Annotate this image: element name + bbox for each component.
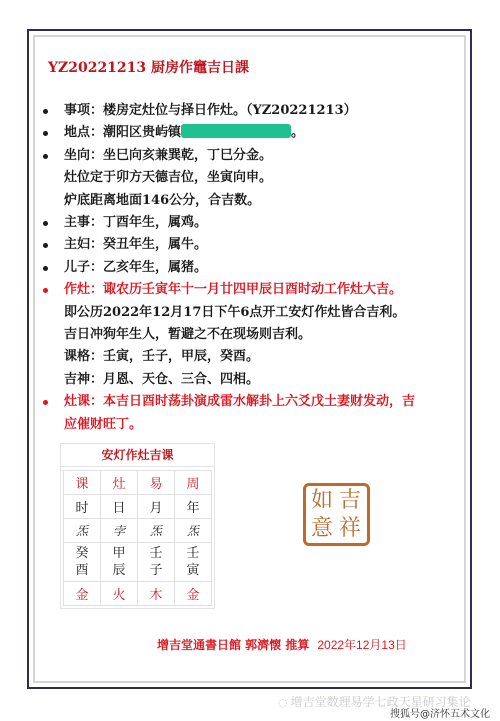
signature-line: 增吉堂通書日館 郭濟懐 推算2022年12月13日: [157, 636, 407, 653]
line-text: 应催财旺丁。: [64, 417, 142, 432]
content-line: 灶位定于卯方天德吉位，坐寅向申。: [37, 167, 457, 189]
table-cell: 火: [101, 582, 138, 606]
branch: 酉: [75, 563, 88, 578]
content-line: 主事：丁酉年生，属鸡。: [37, 212, 457, 234]
table-cell: 金: [175, 582, 212, 606]
line-text: 地点：潮阳区贵屿镇: [64, 125, 181, 140]
line-text: 儿子：乙亥年生，属猪。: [64, 260, 207, 275]
line-text: 坐向：坐巳向亥兼巽乾，丁巳分金。: [64, 148, 272, 163]
seal-char: 意: [311, 516, 333, 542]
content-line: 儿子：乙亥年生，属猪。: [37, 257, 457, 279]
redaction-block: [181, 124, 291, 138]
table-cell: 孛: [101, 519, 138, 543]
table-cell: 壬子: [138, 543, 175, 582]
content-line: 主妇：癸丑年生，属牛。: [37, 234, 457, 256]
stem: 壬: [186, 546, 199, 561]
content-line: 地点：潮阳区贵屿镇。: [37, 122, 457, 144]
stem: 壬: [149, 546, 162, 561]
bullet-icon: [43, 243, 48, 248]
line-text: 主妇：癸丑年生，属牛。: [64, 237, 207, 252]
table-header-cell: 课: [64, 471, 101, 495]
auspicious-table: 安灯作灶吉课 课 灶 易 周 时 日 月 年 炁 孛 炁 炁 癸酉 甲辰 壬子 …: [60, 443, 215, 609]
seal-char: 如: [311, 488, 333, 514]
table-cell: 金: [64, 582, 101, 606]
line-text: 灶课：本吉日酉时荡卦演成雷水解卦上六爻戊土妻财发动，吉: [64, 394, 415, 409]
bullet-icon: [43, 131, 48, 136]
line-text: 灶位定于卯方天德吉位，坐寅向申。: [64, 170, 272, 185]
content-line: 课格：壬寅，壬子，甲辰，癸酉。: [37, 346, 457, 368]
seal-char: 吉: [339, 488, 361, 514]
table-row-symbols: 炁 孛 炁 炁: [64, 519, 212, 543]
table-cell: 癸酉: [64, 543, 101, 582]
bullet-icon: [43, 109, 48, 114]
document-content: 事项：楼房定灶位与择日作灶。（YZ20221213）地点：潮阳区贵屿镇。坐向：坐…: [37, 100, 457, 436]
line-text: 炉底距离地面146公分，合吉数。: [64, 193, 260, 208]
signature: 增吉堂通書日館 郭濟懐 推算: [157, 638, 309, 652]
source-credit: 搜狐号@济怀五术文化: [390, 705, 490, 720]
table-cell: 甲辰: [101, 543, 138, 582]
content-line: 坐向：坐巳向亥兼巽乾，丁巳分金。: [37, 145, 457, 167]
content-line: 吉日冲狗年生人，暂避之不在现场则吉利。: [37, 324, 457, 346]
content-line: 吉神：月恩、天仓、三合、四相。: [37, 369, 457, 391]
stem: 癸: [75, 546, 88, 561]
table-row-ganzhi: 癸酉 甲辰 壬子 壬寅: [64, 543, 212, 582]
stem: 甲: [112, 546, 125, 561]
table-cell: 炁: [138, 519, 175, 543]
table-header-cell: 易: [138, 471, 175, 495]
content-line: 应催财旺丁。: [37, 414, 457, 436]
content-line: 炉底距离地面146公分，合吉数。: [37, 190, 457, 212]
table-cell: 炁: [175, 519, 212, 543]
line-text: 作灶：诹农历壬寅年十一月廿四甲辰日酉时动工作灶大吉。: [64, 282, 402, 297]
document-title: YZ20221213 厨房作竈吉日課: [48, 57, 249, 77]
bullet-icon: [43, 221, 48, 226]
line-text: 主事：丁酉年生，属鸡。: [64, 215, 207, 230]
table-cell: 时: [64, 495, 101, 519]
table-cell: 木: [138, 582, 175, 606]
line-text: 课格：壬寅，壬子，甲辰，癸酉。: [64, 349, 259, 364]
table-cell: 日: [101, 495, 138, 519]
seal-stamp: 吉 祥 如 意: [303, 483, 370, 546]
bullet-icon: [43, 154, 48, 159]
bullet-icon: [43, 400, 48, 405]
table-row-pillars: 时 日 月 年: [64, 495, 212, 519]
line-text: 吉日冲狗年生人，暂避之不在现场则吉利。: [64, 327, 311, 342]
branch: 寅: [186, 563, 199, 578]
wechat-icon: ◌: [278, 696, 288, 709]
branch: 子: [149, 563, 162, 578]
line-text-after: 。: [291, 125, 304, 140]
table-cell: 壬寅: [175, 543, 212, 582]
line-text: 即公历2022年12月17日下午6点开工安灯作灶皆合吉利。: [64, 305, 405, 320]
table-title: 安灯作灶吉课: [61, 444, 214, 467]
content-line: 灶课：本吉日酉时荡卦演成雷水解卦上六爻戊土妻财发动，吉: [37, 391, 457, 413]
table-row-elements: 金 火 木 金: [64, 582, 212, 606]
seal-char: 祥: [339, 516, 361, 542]
table-cell: 炁: [64, 519, 101, 543]
bullet-icon: [43, 288, 48, 293]
content-line: 事项：楼房定灶位与择日作灶。（YZ20221213）: [37, 100, 457, 122]
table-header-cell: 周: [175, 471, 212, 495]
content-line: 即公历2022年12月17日下午6点开工安灯作灶皆合吉利。: [37, 302, 457, 324]
branch: 辰: [112, 563, 125, 578]
table-header-row: 课 灶 易 周: [64, 471, 212, 495]
signature-date: 2022年12月13日: [317, 638, 406, 652]
table-cell: 年: [175, 495, 212, 519]
line-text: 事项：楼房定灶位与择日作灶。（YZ20221213）: [64, 103, 357, 118]
table-cell: 月: [138, 495, 175, 519]
bullet-icon: [43, 266, 48, 271]
table-header-cell: 灶: [101, 471, 138, 495]
content-line: 作灶：诹农历壬寅年十一月廿四甲辰日酉时动工作灶大吉。: [37, 279, 457, 301]
auspicious-grid: 课 灶 易 周 时 日 月 年 炁 孛 炁 炁 癸酉 甲辰 壬子 壬寅 金 火 …: [63, 470, 212, 606]
line-text: 吉神：月恩、天仓、三合、四相。: [64, 372, 259, 387]
